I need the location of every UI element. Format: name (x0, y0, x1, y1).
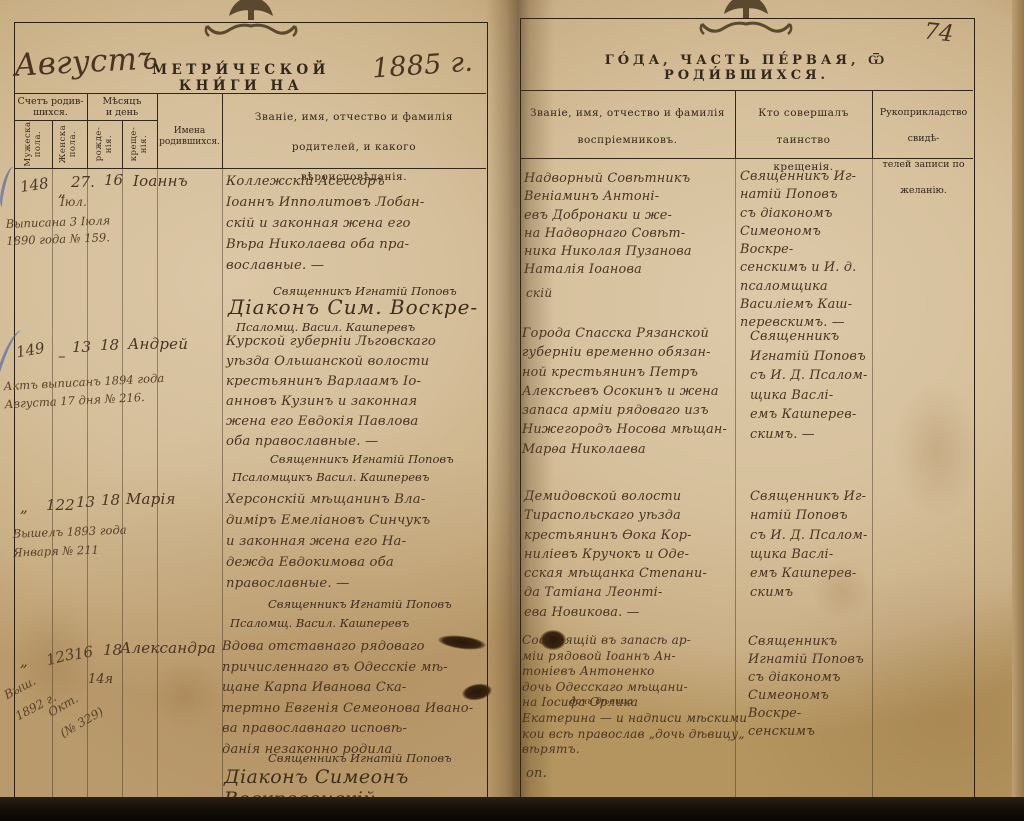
baptized-day: 16 (104, 171, 123, 189)
born-day: 16 (73, 642, 95, 663)
book-gutter (486, 0, 554, 800)
header-date-group: Мѣсяцъ и день (87, 96, 157, 118)
parents-entry: Курской губерніи Льговскаго уѣзда Ольшан… (226, 332, 486, 452)
metrical-book-spread: Августъ МЕТРИ́ЧЕСКОЙ КНИ́ГИ НА 1885 г. С… (0, 0, 1024, 821)
page-title-printed: ГО́ДА, ЧАСТЬ ПЕ́РВАЯ, Ѿ РОДИ́ВШИХСЯ. (520, 52, 973, 83)
priest-signature: Священникъ Игнатій Поповъ (268, 597, 452, 611)
deacon-signature: Діаконъ Сим. Воскре- (228, 295, 478, 319)
record-number-female: 122 (46, 496, 75, 514)
header-baptized-column: креще- нія. (117, 121, 161, 167)
baptized-day-extra: 14я (88, 672, 113, 687)
header-signatures-column: Рукоприкладство свидѣ- телей записи по ж… (874, 100, 973, 204)
child-name: Андрей (128, 335, 188, 353)
parents-entry: Херсонскій мѣщанинъ Вла- диміръ Емеліано… (226, 489, 484, 594)
born-day: 13 (72, 338, 91, 356)
imperial-eagle-crest-icon (203, 0, 299, 40)
left-page: Августъ МЕТРИ́ЧЕСКОЙ КНИ́ГИ НА 1885 г. С… (0, 0, 512, 800)
born-day: 13 (76, 493, 95, 511)
godparents-entry: Надворный Совѣтникъ Веніаминъ Антоні- ев… (524, 170, 739, 280)
right-page: 74 ГО́ДА, ЧАСТЬ ПЕ́РВАЯ, Ѿ РОДИ́ВШИХСЯ. … (512, 0, 1024, 800)
psalmist-signature: Псаломщ. Васил. Кашперевъ (230, 616, 409, 630)
record-number-female-ditto: – (58, 347, 66, 365)
margin-note: Вышелъ 1893 года Января № 211 (12, 519, 163, 562)
imperial-eagle-crest-icon (698, 0, 794, 38)
parents-entry: Коллежскій Асессоръ Іоаннъ Ипполитовъ Ло… (226, 171, 484, 276)
header-count-group: Счетъ родив- шихся. (14, 96, 87, 118)
folio-number: 74 (923, 19, 955, 48)
godparents-entry: Состоящій въ запасѣ ар- міи рядовой Іоан… (522, 633, 757, 758)
born-day: 27. (71, 173, 95, 191)
scan-bottom-edge (0, 797, 1024, 821)
officiants-entry: Священникъ Иг- натій Поповъ съ діакономъ… (740, 168, 878, 333)
baptized-day: 18 (101, 491, 120, 509)
godparents-entry: Демидовской волости Тираспольскаго уѣзда… (524, 487, 742, 622)
record-number-male-ditto: „ (20, 652, 28, 670)
baptized-day: 18 (100, 336, 119, 354)
header-names-column: Имена родившихся. (157, 126, 222, 148)
psalmist-signature: Псаломщикъ Васил. Кашперевъ (232, 470, 429, 484)
child-name: Іоаннъ (133, 172, 188, 190)
godparents-interline-insert: дочь дѣвица (570, 697, 633, 707)
page-edge (1012, 0, 1024, 800)
margin-note: Выписана 3 Іюля 1890 года № 159. (5, 210, 171, 250)
priest-signature: Священникъ Игнатій Поповъ (268, 751, 452, 765)
officiants-entry: Священникъ Игнатій Поповъ съ діакономъ С… (748, 633, 878, 741)
officiants-entry: Священникъ Иг- натій Поповъ съ И. Д. Пса… (750, 487, 875, 603)
child-name: Марія (126, 490, 176, 508)
godparents-entry: Города Спасска Рязанской губерніи времен… (522, 324, 747, 459)
header-top-rule (14, 93, 486, 94)
book-title-printed: МЕТРИ́ЧЕСКОЙ КНИ́ГИ НА (108, 62, 374, 94)
child-name: Александра (120, 639, 216, 657)
born-month: Іюл. (60, 195, 87, 209)
parents-entry: Вдова отставнаго рядоваго причисленнаго … (222, 637, 490, 760)
priest-signature: Священникъ Игнатій Поповъ (270, 452, 454, 466)
record-number-male-ditto: „ (20, 498, 28, 516)
officiants-entry: Священникъ Игнатій Поповъ съ И. Д. Псало… (750, 327, 878, 444)
